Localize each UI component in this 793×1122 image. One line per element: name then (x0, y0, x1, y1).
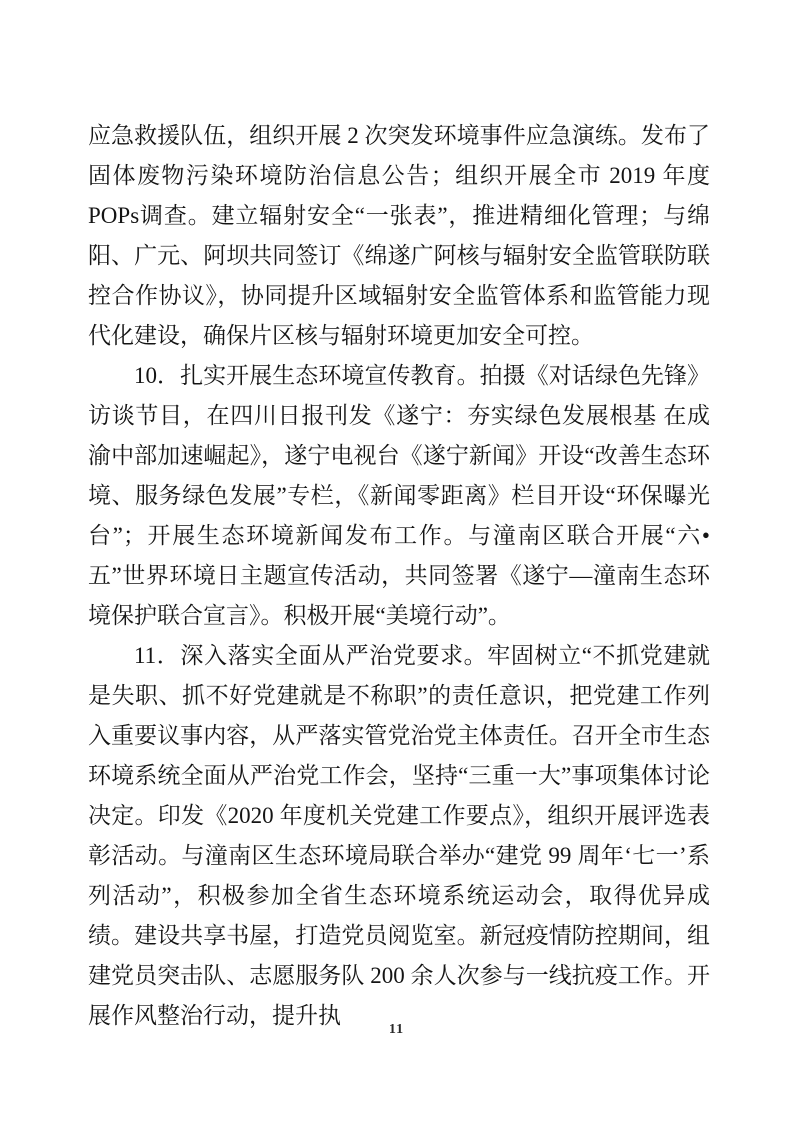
paragraph-item-10: 10．扎实开展生态环境宣传教育。拍摄《对话绿色先锋》访谈节目，在四川日报刊发《遂… (88, 356, 710, 636)
document-page: 应急救援队伍，组织开展 2 次突发环境事件应急演练。发布了固体废物污染环境防治信… (0, 0, 793, 1122)
paragraph-continuation: 应急救援队伍，组织开展 2 次突发环境事件应急演练。发布了固体废物污染环境防治信… (88, 116, 710, 356)
page-number: 11 (0, 1022, 793, 1038)
page-body: 应急救援队伍，组织开展 2 次突发环境事件应急演练。发布了固体废物污染环境防治信… (88, 116, 710, 1036)
paragraph-item-11: 11．深入落实全面从严治党要求。牢固树立“不抓党建就是失职、抓不好党建就是不称职… (88, 636, 710, 1036)
